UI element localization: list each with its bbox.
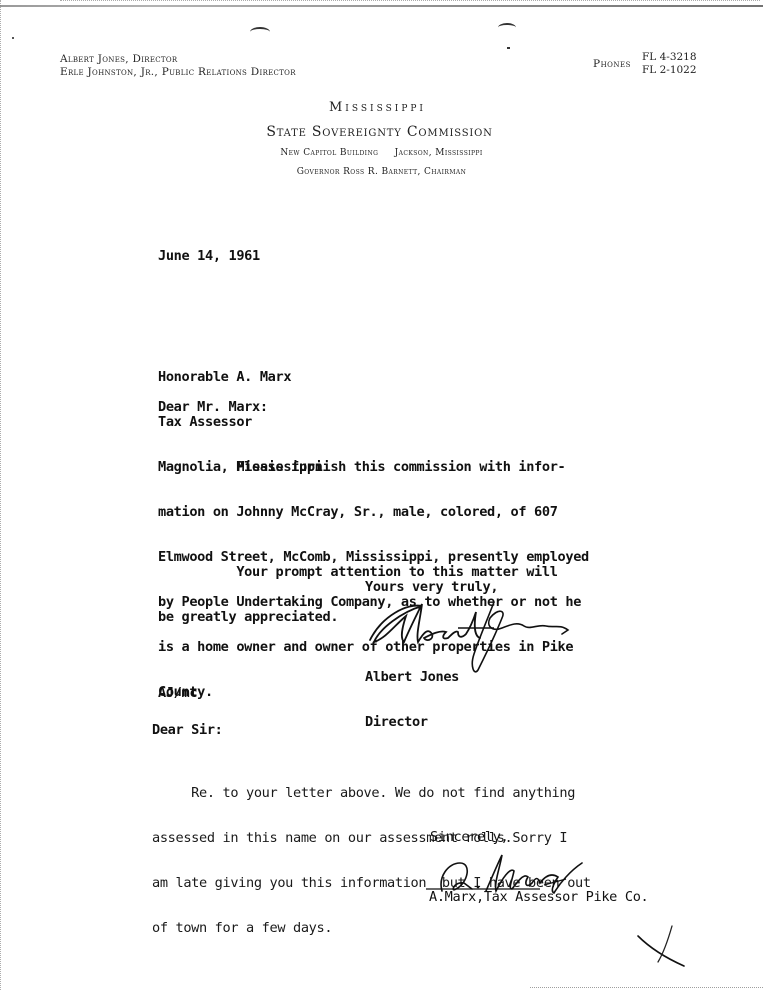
- letter-date: June 14, 1961: [158, 249, 260, 264]
- reply-signer-line: A.Marx,Tax Assessor Pike Co.: [429, 890, 648, 905]
- signature-block: Albert Jones Director: [365, 640, 459, 760]
- reply-line: assessed in this name on our assessment …: [152, 831, 591, 846]
- paragraph-line: Your prompt attention to this matter wil…: [158, 565, 558, 580]
- letterhead-governor: Governor Ross R. Barnett, Chairman: [0, 167, 763, 177]
- phone-numbers: FL 4-3218 FL 2-1022: [642, 51, 697, 77]
- letterhead-director: Albert Jones, Director: [60, 53, 296, 66]
- letterhead-state: Mississippi: [0, 100, 759, 115]
- recipient-line: Tax Assessor: [158, 415, 323, 430]
- reply-line: Re. to your letter above. We do not find…: [152, 786, 591, 801]
- signer-name: Albert Jones: [365, 670, 459, 685]
- signer-title: Director: [365, 715, 459, 730]
- reply-salutation: Dear Sir:: [152, 723, 223, 738]
- letterhead-pr-director: Erle Johnston, Jr., Public Relations Dir…: [60, 66, 296, 79]
- phones-label: Phones: [593, 58, 631, 71]
- phone-number: FL 2-1022: [642, 64, 697, 77]
- letterhead-commission: State Sovereignty Commission: [0, 124, 761, 140]
- typist-initials: AJ/mc: [158, 686, 197, 701]
- document-page: Albert Jones, Director Erle Johnston, Jr…: [0, 0, 763, 990]
- punch-mark-right: [498, 23, 516, 32]
- letter-salutation: Dear Mr. Marx:: [158, 400, 268, 415]
- scan-edge-top-dots: [60, 0, 760, 2]
- paragraph-line: mation on Johnny McCray, Sr., male, colo…: [158, 505, 589, 520]
- paragraph-line: Please furnish this commission with info…: [158, 460, 589, 475]
- reply-closing: Sincerely,: [430, 830, 508, 845]
- reply-line: of town for a few days.: [152, 921, 591, 936]
- letterhead-address: New Capitol Building Jackson, Mississipp…: [0, 148, 763, 158]
- recipient-line: Honorable A. Marx: [158, 370, 323, 385]
- letterhead-staff: Albert Jones, Director Erle Johnston, Jr…: [60, 53, 296, 79]
- check-mark-icon: [636, 922, 696, 977]
- speck: [12, 37, 14, 39]
- speck: [507, 47, 510, 49]
- letter-closing: Yours very truly,: [365, 580, 498, 595]
- scan-edge-top: [0, 5, 763, 7]
- phone-number: FL 4-3218: [642, 51, 697, 64]
- scan-edge-bottom: [530, 987, 763, 989]
- punch-mark-left: [250, 27, 270, 37]
